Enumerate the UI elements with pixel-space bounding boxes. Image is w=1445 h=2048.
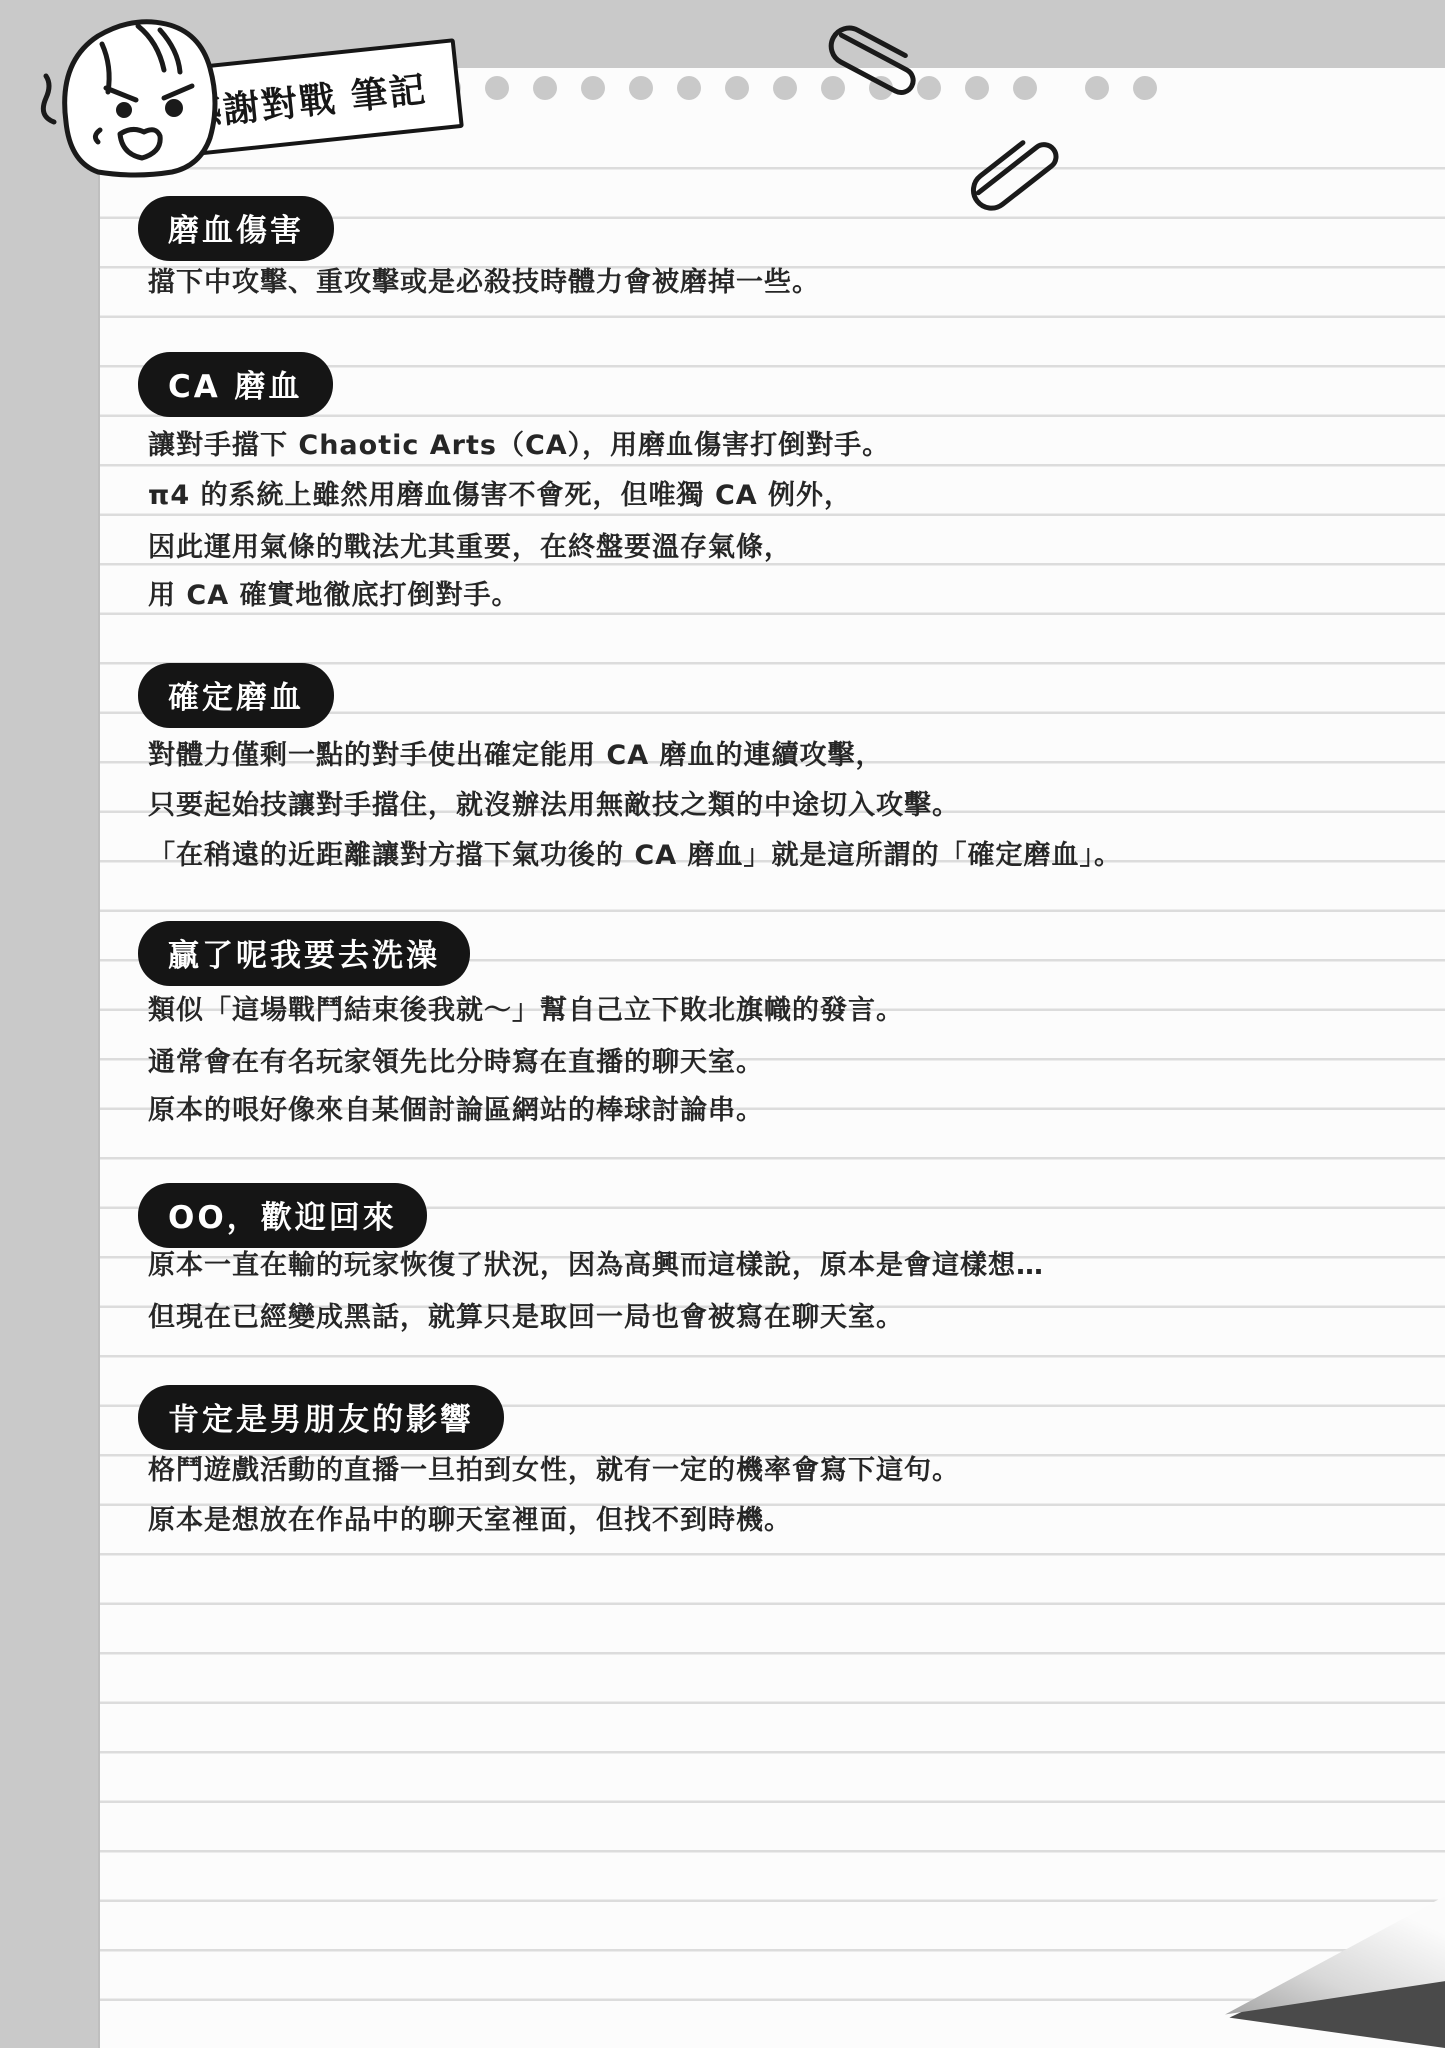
- decorative-dot: [965, 76, 989, 100]
- note-line: 類似「這場戰鬥結束後我就～」幫自己立下敗北旗幟的發言。: [148, 988, 904, 1027]
- note-line: 原本一直在輸的玩家恢復了狀況，因為高興而這樣說，原本是會這樣想…: [148, 1243, 1044, 1282]
- note-line: 擋下中攻擊、重攻擊或是必殺技時體力會被磨掉一些。: [148, 260, 820, 299]
- note-line: 對體力僅剩一點的對手使出確定能用 CA 磨血的連續攻擊，: [148, 733, 884, 772]
- decorative-dot: [1085, 76, 1109, 100]
- decorative-dot: [773, 76, 797, 100]
- note-line: 格鬥遊戲活動的直播一旦拍到女性，就有一定的機率會寫下這句。: [148, 1448, 960, 1487]
- note-line: 只要起始技讓對手擋住，就沒辦法用無敵技之類的中途切入攻擊。: [148, 783, 960, 822]
- section-header-chip-damage: 磨血傷害: [138, 196, 334, 261]
- note-line: 原本的哏好像來自某個討論區網站的棒球討論串。: [148, 1088, 764, 1127]
- note-line: 通常會在有名玩家領先比分時寫在直播的聊天室。: [148, 1040, 764, 1079]
- section-header-welcome-back: OO，歡迎回來: [138, 1183, 427, 1248]
- note-line: 因此運用氣條的戰法尤其重要，在終盤要溫存氣條，: [148, 525, 792, 564]
- section-header-going-to-shower: 贏了呢我要去洗澡: [138, 921, 470, 986]
- decorative-dot: [629, 76, 653, 100]
- section-header-guaranteed-chip: 確定磨血: [138, 663, 334, 728]
- section-header-boyfriend-influence: 肯定是男朋友的影響: [138, 1385, 504, 1450]
- notebook-page: 感謝對戰 筆記 磨血傷害 擋下中攻擊、重攻擊或是必殺技時體力會被磨掉一些。 CA…: [0, 0, 1445, 2048]
- note-line: 「在稍遠的近距離讓對方擋下氣功後的 CA 磨血」就是這所謂的「確定磨血」。: [148, 833, 1122, 872]
- note-line: π4 的系統上雖然用磨血傷害不會死，但唯獨 CA 例外，: [148, 473, 852, 512]
- decorative-dot: [1013, 76, 1037, 100]
- decorative-dot: [1133, 76, 1157, 100]
- section-header-ca-chip: CA 磨血: [138, 352, 333, 417]
- note-line: 讓對手擋下 Chaotic Arts（CA），用磨血傷害打倒對手。: [148, 423, 890, 462]
- note-line: 原本是想放在作品中的聊天室裡面，但找不到時機。: [148, 1498, 792, 1537]
- decorative-dot: [533, 76, 557, 100]
- note-line: 用 CA 確實地徹底打倒對手。: [148, 573, 520, 612]
- decorative-dot: [485, 76, 509, 100]
- note-line: 但現在已經變成黑話，就算只是取回一局也會被寫在聊天室。: [148, 1295, 904, 1334]
- decorative-dot: [677, 76, 701, 100]
- decorative-dot: [581, 76, 605, 100]
- angry-girl-doodle-icon: [40, 4, 240, 179]
- page-curl-corner: [1225, 1896, 1445, 2048]
- decorative-dot: [725, 76, 749, 100]
